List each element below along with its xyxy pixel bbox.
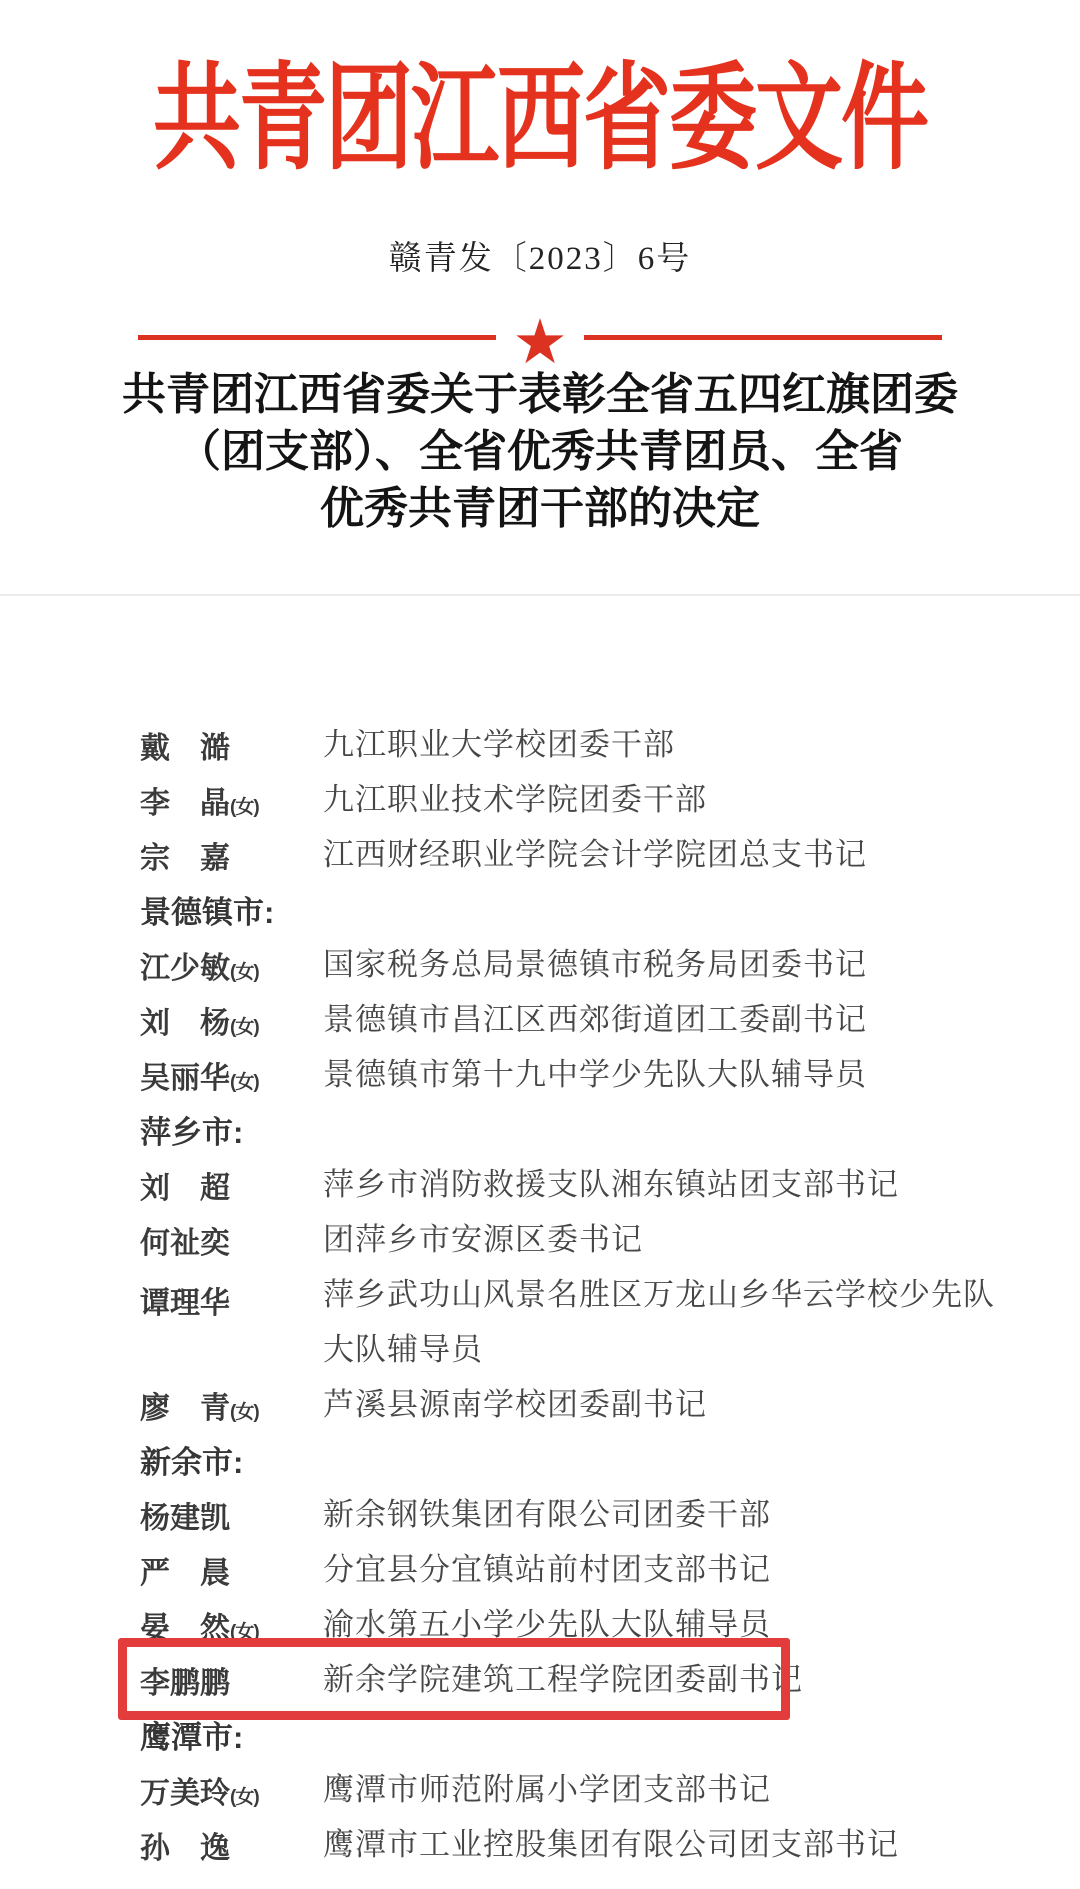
- roster-row: 万美玲(女)鹰潭市师范附属小学团支部书记: [0, 1762, 1080, 1817]
- person-position: 分宜县分宜镇站前村团支部书记: [323, 1542, 771, 1597]
- document-title: 共青团江西省委关于表彰全省五四红旗团委 （团支部）、全省优秀共青团员、全省 优秀…: [0, 366, 1080, 537]
- person-name: 严 晨: [140, 1548, 323, 1592]
- person-name: 李鹏鹏: [140, 1658, 323, 1702]
- person-name: 何祉奕: [140, 1218, 323, 1262]
- female-marker: (女): [230, 962, 259, 983]
- roster-row: 江少敏(女)国家税务总局景德镇市税务局团委书记: [0, 937, 1080, 992]
- female-marker: (女): [230, 1017, 259, 1038]
- person-position: 江西财经职业学院会计学院团总支书记: [323, 827, 867, 882]
- section-label: 景德镇市:: [140, 887, 274, 932]
- section-label: 萍乡市:: [140, 1107, 243, 1152]
- person-name: 吴丽华(女): [140, 1053, 323, 1097]
- person-position: 景德镇市第十九中学少先队大队辅导员: [323, 1047, 867, 1102]
- person-name: 晏 然(女): [140, 1603, 323, 1647]
- person-name: 李 晶(女): [140, 778, 323, 822]
- roster-row: 谭理华萍乡武功山风景名胜区万龙山乡华云学校少先队大队辅导员: [0, 1267, 1080, 1377]
- roster-row: 何祉奕团萍乡市安源区委书记: [0, 1212, 1080, 1267]
- person-name: 宗 嘉: [140, 833, 323, 877]
- document-title-line2: （团支部）、全省优秀共青团员、全省: [0, 423, 1080, 480]
- female-marker: (女): [230, 1402, 259, 1423]
- person-position: 国家税务总局景德镇市税务局团委书记: [323, 937, 867, 992]
- page-break-divider: [0, 594, 1080, 596]
- section-header: 萍乡市:: [0, 1102, 1080, 1157]
- person-position: 芦溪县源南学校团委副书记: [323, 1377, 707, 1432]
- person-name: 戴 澔: [140, 723, 323, 767]
- roster-row: 刘 杨(女)景德镇市昌江区西郊街道团工委副书记: [0, 992, 1080, 1047]
- person-name: 刘 超: [140, 1163, 323, 1207]
- female-marker: (女): [230, 1787, 259, 1808]
- red-line-right: [584, 335, 942, 340]
- person-position: 新余学院建筑工程学院团委副书记: [323, 1652, 803, 1707]
- document-number: 赣青发〔2023〕6号: [0, 232, 1080, 279]
- awardee-roster: 戴 澔九江职业大学校团委干部李 晶(女)九江职业技术学院团委干部宗 嘉江西财经职…: [0, 717, 1080, 1872]
- document-title-line3: 优秀共青团干部的决定: [0, 480, 1080, 537]
- person-name: 孙 逸: [140, 1823, 323, 1867]
- person-position: 九江职业技术学院团委干部: [323, 772, 707, 827]
- person-position: 景德镇市昌江区西郊街道团工委副书记: [323, 992, 867, 1047]
- person-position: 鹰潭市师范附属小学团支部书记: [323, 1762, 771, 1817]
- document-title-line1: 共青团江西省委关于表彰全省五四红旗团委: [0, 366, 1080, 423]
- roster-row: 杨建凯新余钢铁集团有限公司团委干部: [0, 1487, 1080, 1542]
- red-line-left: [138, 335, 496, 340]
- person-name: 江少敏(女): [140, 943, 323, 987]
- female-marker: (女): [230, 1622, 259, 1643]
- person-position: 新余钢铁集团有限公司团委干部: [323, 1487, 771, 1542]
- person-name: 谭理华: [140, 1278, 323, 1322]
- roster-row: 宗 嘉江西财经职业学院会计学院团总支书记: [0, 827, 1080, 882]
- roster-row: 廖 青(女)芦溪县源南学校团委副书记: [0, 1377, 1080, 1432]
- roster-row: 李鹏鹏新余学院建筑工程学院团委副书记: [0, 1652, 1080, 1707]
- female-marker: (女): [230, 1072, 259, 1093]
- female-marker: (女): [230, 797, 259, 818]
- roster-row: 晏 然(女)渝水第五小学少先队大队辅导员: [0, 1597, 1080, 1652]
- star-icon: ★: [512, 312, 568, 374]
- section-label: 新余市:: [140, 1437, 243, 1482]
- person-name: 杨建凯: [140, 1493, 323, 1537]
- roster-row: 刘 超萍乡市消防救援支队湘东镇站团支部书记: [0, 1157, 1080, 1212]
- person-position: 鹰潭市工业控股集团有限公司团支部书记: [323, 1817, 899, 1872]
- roster-row: 吴丽华(女)景德镇市第十九中学少先队大队辅导员: [0, 1047, 1080, 1102]
- section-header: 景德镇市:: [0, 882, 1080, 937]
- document-page: 共青团江西省委文件 赣青发〔2023〕6号 ★ 共青团江西省委关于表彰全省五四红…: [0, 0, 1080, 1889]
- person-position: 萍乡武功山风景名胜区万龙山乡华云学校少先队大队辅导员: [323, 1267, 999, 1377]
- section-header: 新余市:: [0, 1432, 1080, 1487]
- roster-row: 孙 逸鹰潭市工业控股集团有限公司团支部书记: [0, 1817, 1080, 1872]
- person-position: 萍乡市消防救援支队湘东镇站团支部书记: [323, 1157, 899, 1212]
- document-masthead-title: 共青团江西省委文件: [0, 26, 1080, 192]
- star-divider: ★: [0, 305, 1080, 369]
- person-name: 刘 杨(女): [140, 998, 323, 1042]
- roster-row: 李 晶(女)九江职业技术学院团委干部: [0, 772, 1080, 827]
- person-position: 九江职业大学校团委干部: [323, 717, 675, 772]
- person-position: 渝水第五小学少先队大队辅导员: [323, 1597, 771, 1652]
- section-label: 鹰潭市:: [140, 1712, 243, 1757]
- person-name: 廖 青(女): [140, 1383, 323, 1427]
- roster-row: 严 晨分宜县分宜镇站前村团支部书记: [0, 1542, 1080, 1597]
- person-position: 团萍乡市安源区委书记: [323, 1212, 643, 1267]
- roster-row: 戴 澔九江职业大学校团委干部: [0, 717, 1080, 772]
- section-header: 鹰潭市:: [0, 1707, 1080, 1762]
- person-name: 万美玲(女): [140, 1768, 323, 1812]
